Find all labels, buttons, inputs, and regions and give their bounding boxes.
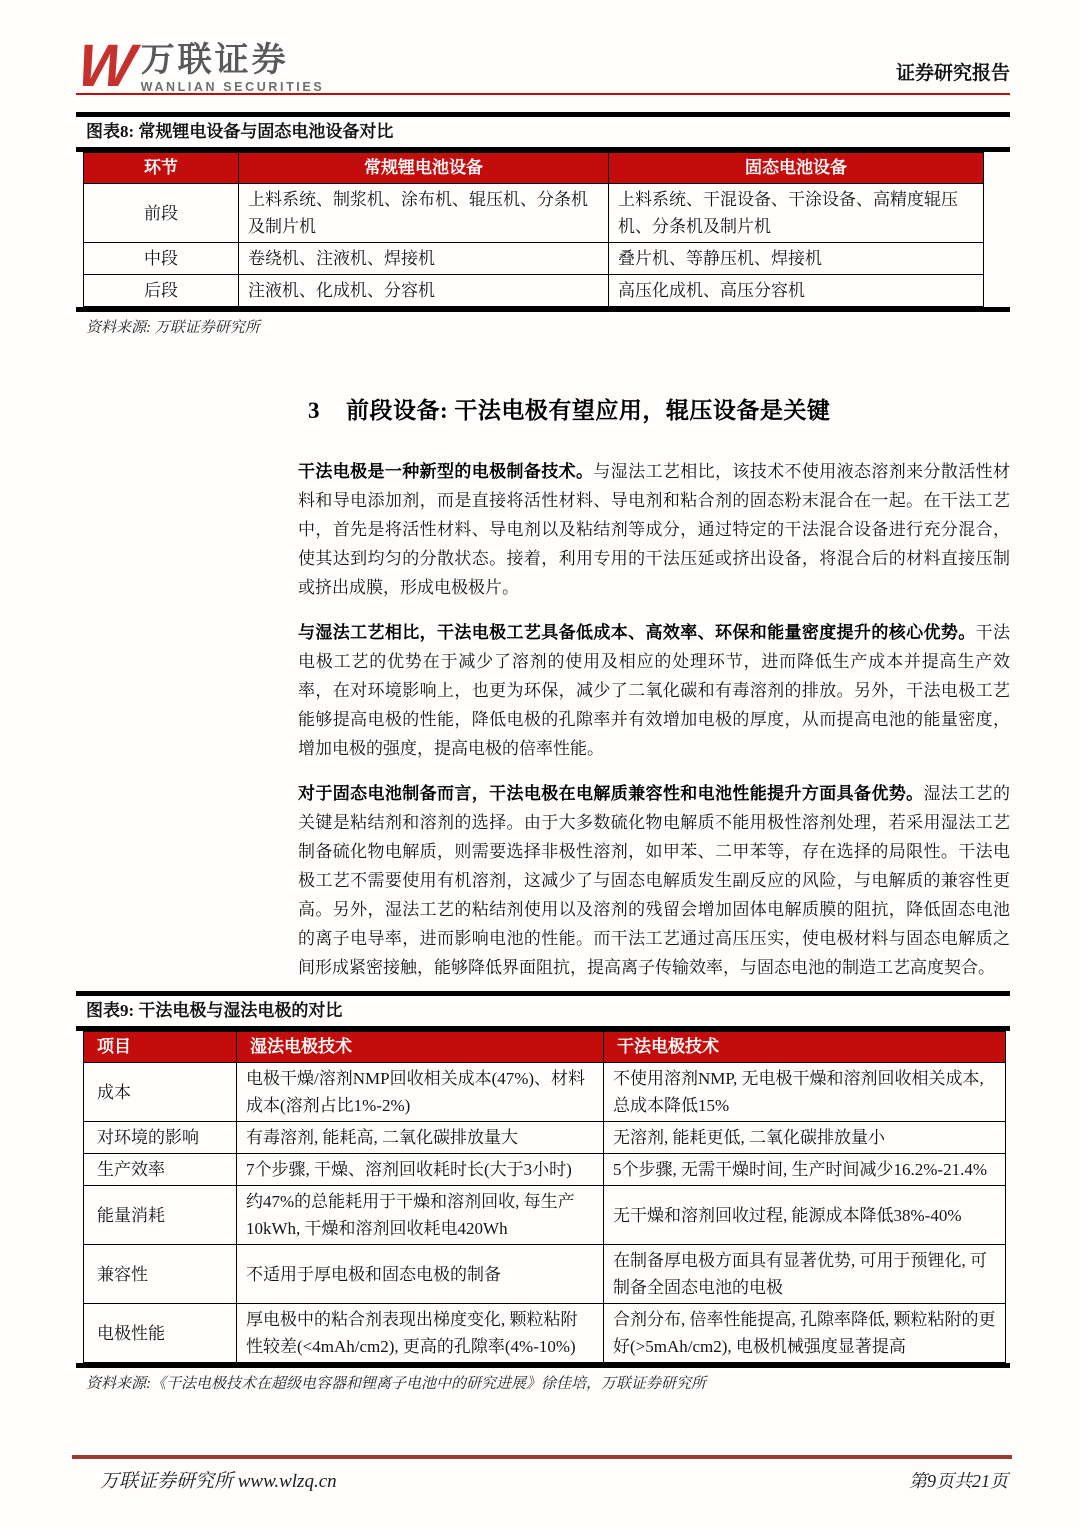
paragraph-dry-vs-wet-advantages: 与湿法工艺相比，干法电极工艺具备低成本、高效率、环保和能量密度提升的核心优势。干… <box>298 618 1010 763</box>
column-header: 固态电池设备 <box>609 153 984 184</box>
logo-company-name: 万联证券 <box>141 42 325 78</box>
page-header: W 万联证券 WANLIAN SECURITIES 证券研究报告 <box>76 0 1010 112</box>
table-cell: 不适用于厚电极和固态电极的制备 <box>237 1245 604 1304</box>
footer-institute-url: 万联证券研究所 www.wlzq.cn <box>100 1466 337 1493</box>
wanlian-logo: W 万联证券 WANLIAN SECURITIES <box>78 40 324 94</box>
section-title: 前段设备: 干法电极有望应用，辊压设备是关键 <box>346 398 830 423</box>
table-cell: 电极干燥/溶剂NMP回收相关成本(47%)、材料成本(溶剂占比1%-2%) <box>237 1063 604 1122</box>
column-header: 干法电极技术 <box>604 1032 1006 1063</box>
figure9-block: 图表9: 干法电极与湿法电极的对比 项目湿法电极技术干法电极技术 成本电极干燥/… <box>76 991 1010 1394</box>
section-heading: 3前段设备: 干法电极有望应用，辊压设备是关键 <box>308 395 1010 427</box>
table-cell: 5个步骤, 无需干燥时间, 生产时间减少16.2%-21.4% <box>604 1154 1006 1186</box>
table-header-row: 环节常规锂电池设备固态电池设备 <box>84 153 984 184</box>
table-cell: 厚电极中的粘合剂表现出梯度变化, 颗粒粘附性较差(<4mAh/cm2), 更高的… <box>237 1304 604 1363</box>
footer-divider <box>72 1455 1012 1459</box>
table-cell: 在制备厚电极方面具有显著优势, 可用于预锂化, 可制备全固态电池的电极 <box>604 1245 1006 1304</box>
logo-company-name-en: WANLIAN SECURITIES <box>141 80 325 94</box>
table-row: 成本电极干燥/溶剂NMP回收相关成本(47%)、材料成本(溶剂占比1%-2%)不… <box>84 1063 1006 1122</box>
column-header: 常规锂电池设备 <box>239 153 609 184</box>
row-label: 前段 <box>84 184 239 243</box>
section-number: 3 <box>308 398 320 423</box>
body-text: 干法电极是一种新型的电极制备技术。与湿法工艺相比，该技术不使用液态溶剂来分散活性… <box>298 457 1010 982</box>
row-label: 对环境的影响 <box>84 1122 237 1154</box>
table-row: 电极性能厚电极中的粘合剂表现出梯度变化, 颗粒粘附性较差(<4mAh/cm2),… <box>84 1304 1006 1363</box>
column-header: 湿法电极技术 <box>237 1032 604 1063</box>
table-cell: 约47%的总能耗用于干燥和溶剂回收, 每生产10kWh, 干燥和溶剂回收耗电42… <box>237 1186 604 1245</box>
figure9-table: 项目湿法电极技术干法电极技术 成本电极干燥/溶剂NMP回收相关成本(47%)、材… <box>83 1031 1006 1363</box>
row-label: 生产效率 <box>84 1154 237 1186</box>
report-page: W 万联证券 WANLIAN SECURITIES 证券研究报告 图表8: 常规… <box>0 0 1080 1527</box>
figure8-title: 图表8: 常规锂电设备与固态电池设备对比 <box>76 117 1010 147</box>
table-cell: 7个步骤, 干燥、溶剂回收耗时长(大于3小时) <box>237 1154 604 1186</box>
table-cell: 上料系统、制浆机、涂布机、辊压机、分条机及制片机 <box>239 184 609 243</box>
table-cell: 无溶剂, 能耗更低, 二氧化碳排放量小 <box>604 1122 1006 1154</box>
table-cell: 有毒溶剂, 能耗高, 二氧化碳排放量大 <box>237 1122 604 1154</box>
report-type-label: 证券研究报告 <box>896 58 1010 85</box>
figure8-block: 图表8: 常规锂电设备与固态电池设备对比 环节常规锂电池设备固态电池设备 前段上… <box>76 112 1010 338</box>
paragraph-solid-state-compatibility: 对于固态电池制备而言，干法电极在电解质兼容性和电池性能提升方面具备优势。湿法工艺… <box>298 779 1010 982</box>
table-cell: 无干燥和溶剂回收过程, 能源成本降低38%-40% <box>604 1186 1006 1245</box>
column-header: 环节 <box>84 153 239 184</box>
table-row: 前段上料系统、制浆机、涂布机、辊压机、分条机及制片机上料系统、干混设备、干涂设备… <box>84 184 984 243</box>
header-divider <box>76 93 1010 95</box>
figure9-source: 资料来源:《干法电极技术在超级电容器和锂离子电池中的研究进展》徐佳培，万联证券研… <box>76 1368 1010 1394</box>
table-row: 生产效率7个步骤, 干燥、溶剂回收耗时长(大于3小时)5个步骤, 无需干燥时间,… <box>84 1154 1006 1186</box>
table-header-row: 项目湿法电极技术干法电极技术 <box>84 1032 1006 1063</box>
table-row: 中段卷绕机、注液机、焊接机叠片机、等静压机、焊接机 <box>84 243 984 275</box>
row-label: 后段 <box>84 275 239 307</box>
row-label: 成本 <box>84 1063 237 1122</box>
figure9-title: 图表9: 干法电极与湿法电极的对比 <box>76 996 1010 1026</box>
table-cell: 注液机、化成机、分容机 <box>239 275 609 307</box>
column-header: 项目 <box>84 1032 237 1063</box>
table-row: 兼容性不适用于厚电极和固态电极的制备在制备厚电极方面具有显著优势, 可用于预锂化… <box>84 1245 1006 1304</box>
table-cell: 卷绕机、注液机、焊接机 <box>239 243 609 275</box>
table-row: 能量消耗约47%的总能耗用于干燥和溶剂回收, 每生产10kWh, 干燥和溶剂回收… <box>84 1186 1006 1245</box>
logo-w-icon: W <box>75 40 133 92</box>
table-cell: 合剂分布, 倍率性能提高, 孔隙率降低, 颗粒粘附的更好(>5mAh/cm2),… <box>604 1304 1006 1363</box>
table-cell: 不使用溶剂NMP, 无电极干燥和溶剂回收相关成本, 总成本降低15% <box>604 1063 1006 1122</box>
table-cell: 高压化成机、高压分容机 <box>609 275 984 307</box>
table-cell: 叠片机、等静压机、焊接机 <box>609 243 984 275</box>
table-row: 对环境的影响有毒溶剂, 能耗高, 二氧化碳排放量大无溶剂, 能耗更低, 二氧化碳… <box>84 1122 1006 1154</box>
table-row: 后段注液机、化成机、分容机高压化成机、高压分容机 <box>84 275 984 307</box>
footer-page-number: 第9页共21页 <box>909 1467 1008 1493</box>
row-label: 电极性能 <box>84 1304 237 1363</box>
table-cell: 上料系统、干混设备、干涂设备、高精度辊压机、分条机及制片机 <box>609 184 984 243</box>
row-label: 能量消耗 <box>84 1186 237 1245</box>
figure8-source: 资料来源: 万联证券研究所 <box>76 312 1010 338</box>
figure8-table: 环节常规锂电池设备固态电池设备 前段上料系统、制浆机、涂布机、辊压机、分条机及制… <box>83 152 984 307</box>
row-label: 中段 <box>84 243 239 275</box>
paragraph-dry-electrode-intro: 干法电极是一种新型的电极制备技术。与湿法工艺相比，该技术不使用液态溶剂来分散活性… <box>298 457 1010 602</box>
row-label: 兼容性 <box>84 1245 237 1304</box>
